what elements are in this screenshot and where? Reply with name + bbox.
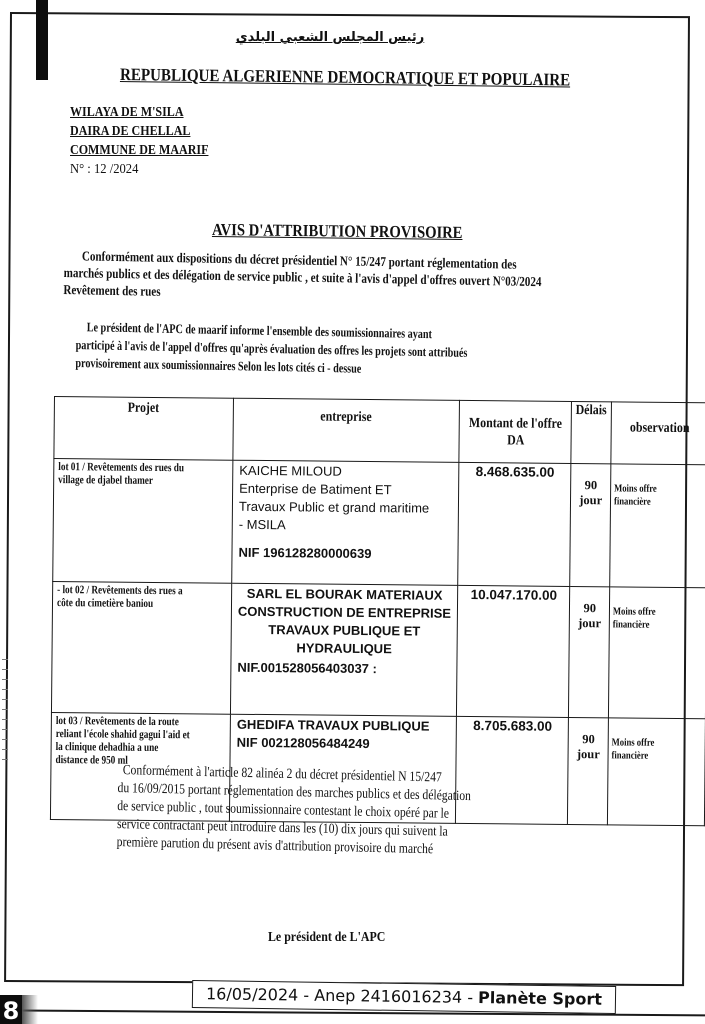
montant-cell: 8.468.635.00: [458, 462, 572, 586]
table-row: lot 01 / Revêtements des rues du village…: [53, 459, 705, 588]
header-montant: Montant de l'offre DA: [459, 400, 572, 463]
signature: Le président de L'APC: [268, 930, 385, 946]
daira: DAIRA DE CHELLAL: [70, 122, 208, 141]
projet-cell: - lot 02 / Revêtements des rues a côte d…: [51, 581, 231, 714]
delai-cell: 90jour: [570, 463, 611, 586]
recourse-paragraph: Conformément à l'article 82 alinéa 2 du …: [117, 762, 550, 862]
header-delais: Délais: [571, 401, 611, 463]
table-header-row: Projet entreprise Montant de l'offre DA …: [54, 397, 705, 465]
delai-cell: 90jour: [569, 586, 610, 717]
notice-paragraph: Le président de l'APC de maarif informe …: [75, 318, 637, 383]
edge-bar: [36, 0, 48, 80]
notice-title: AVIS D'ATTRIBUTION PROVISOIRE: [212, 220, 463, 243]
header-projet: Projet: [54, 397, 234, 461]
nif: NIF.001528056403037 :: [237, 659, 450, 679]
observation-cell: Moins offre financière: [610, 464, 705, 588]
observation-cell: Moins offre financière: [608, 587, 705, 719]
nif: NIF 196128280000639: [238, 544, 451, 564]
margin-marks: [2, 650, 8, 760]
header-entreprise: entreprise: [233, 398, 460, 462]
publication-footer: 16/05/2024 - Anep 2416016234 - Planète S…: [192, 980, 616, 1014]
entreprise-cell: SARL EL BOURAK MATERIAUX CONSTRUCTION DE…: [230, 583, 457, 716]
page-number-shade: [22, 995, 38, 1024]
page-number: 8: [0, 995, 22, 1024]
delai-cell: 90jour: [568, 717, 609, 824]
wilaya: WILAYA DE M'SILA: [70, 103, 208, 122]
arabic-header: رئيس المجلس الشعبي البلدي: [235, 30, 425, 45]
montant-cell: 10.047.170.00: [457, 585, 571, 717]
publication-name: Planète Sport: [478, 988, 602, 1009]
entreprise-cell: KAICHE MILOUD Enterprise de Batiment ET …: [232, 460, 459, 585]
administrative-block: WILAYA DE M'SILA DAIRA DE CHELLAL COMMUN…: [70, 103, 231, 179]
footer-info: 16/05/2024 - Anep 2416016234 -: [206, 984, 478, 1007]
observation-cell: Moins offre financière: [607, 718, 705, 826]
commune: COMMUNE DE MAARIF: [70, 141, 208, 160]
table-row: - lot 02 / Revêtements des rues a côte d…: [51, 581, 705, 718]
header-observation: observation: [611, 402, 705, 465]
projet-cell: lot 01 / Revêtements des rues du village…: [53, 459, 233, 584]
reference-number: N° : 12 /2024: [70, 160, 215, 179]
